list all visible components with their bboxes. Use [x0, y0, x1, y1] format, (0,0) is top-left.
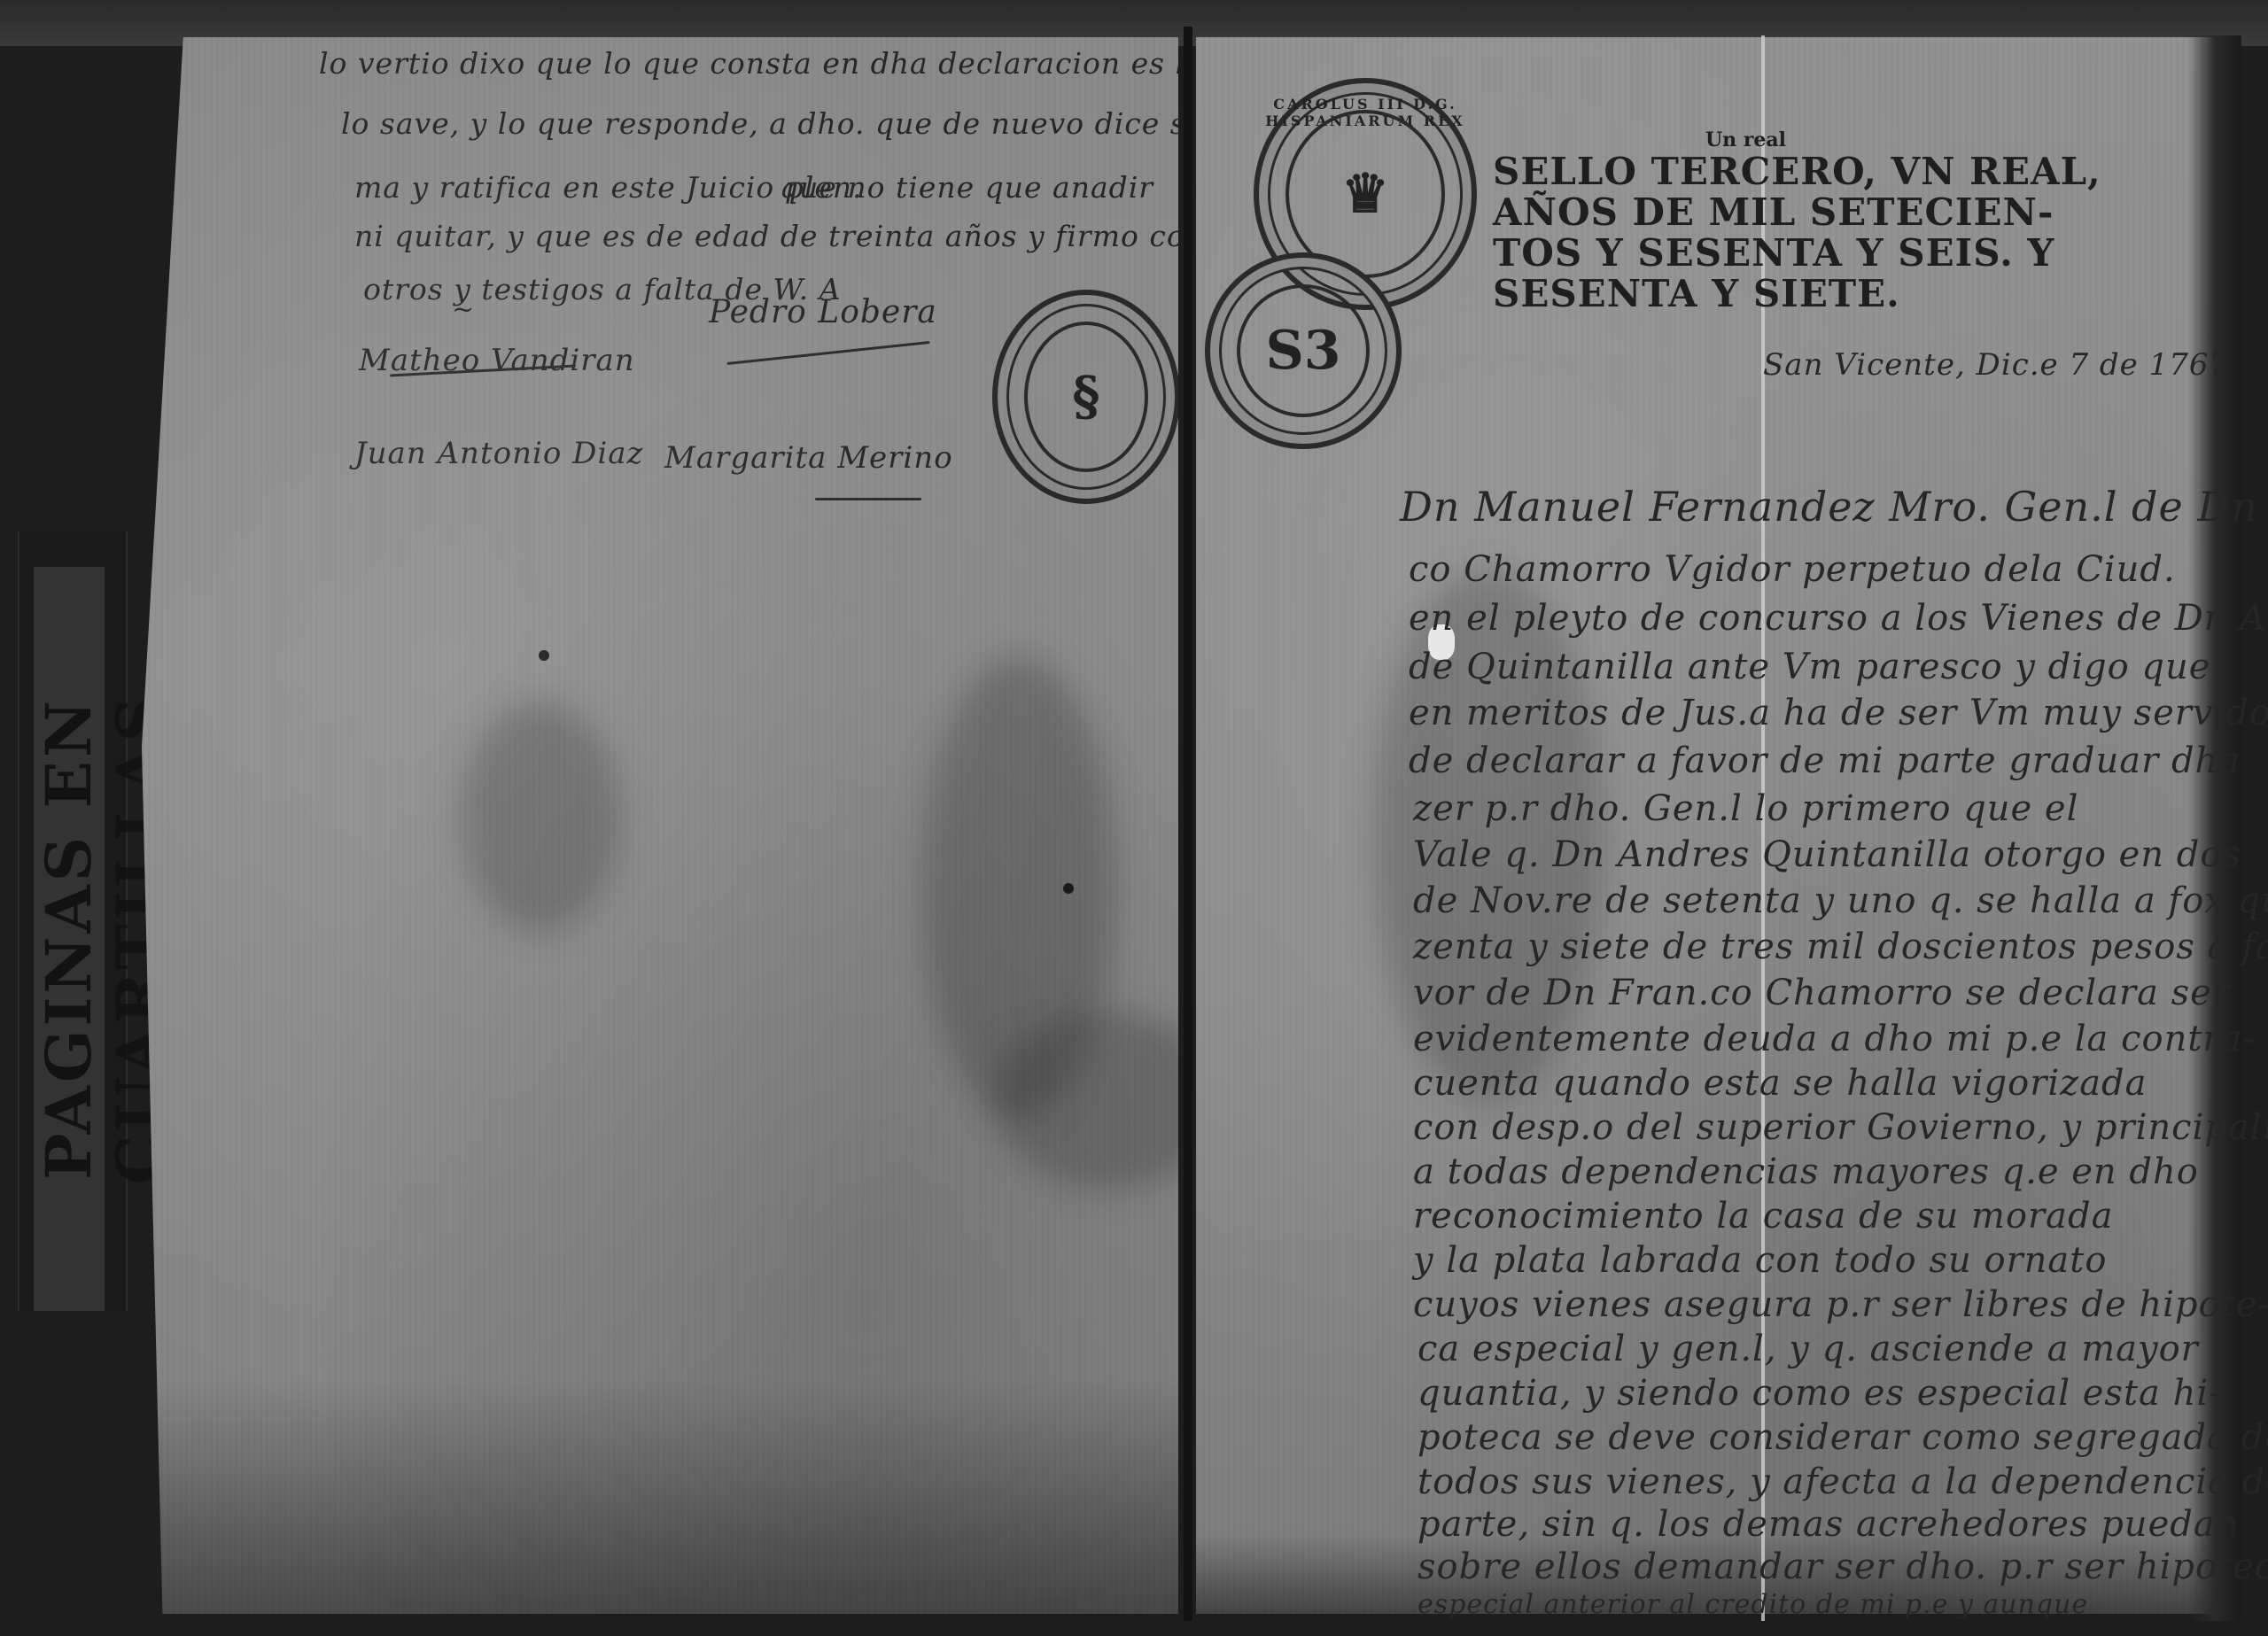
- text-line: especial anterior al credito de mi p.e y…: [1417, 1589, 2088, 1620]
- seal-emblem: §: [1024, 322, 1148, 472]
- text-line: todos sus vienes, y afecta a la dependen…: [1417, 1462, 2268, 1502]
- stamp-line: SELLO TERCERO, VN REAL,: [1493, 151, 2101, 192]
- text-line: zer p.r dho. Gen.l lo primero que el: [1413, 788, 2078, 829]
- signature: Pedro Lobera: [709, 294, 937, 330]
- text-line: en meritos de Jus.a ha de ser Vm muy ser…: [1409, 693, 2268, 733]
- scanned-document-spread: PAGINAS EN CUARTILLAS lo vertio dixo que…: [0, 0, 2268, 1636]
- ink-spot: [1063, 883, 1074, 894]
- text-line: parte, sin q. los demas acrehedores pued…: [1417, 1504, 2239, 1545]
- text-line: ni quitar, y que es de edad de treinta a…: [354, 219, 1178, 253]
- stamp-line: SESENTA Y SIETE.: [1493, 274, 2101, 314]
- text-line: ca especial y gen.l, y q. asciende a may…: [1417, 1329, 2199, 1369]
- text-line: cuenta quando esta se halla vigorizada: [1413, 1063, 2148, 1104]
- seal-emblem: S3: [1237, 284, 1370, 417]
- text-line: quantia, y siendo como es especial esta …: [1417, 1373, 2222, 1414]
- text-line: Vale q. Dn Andres Quintanilla otorgo en …: [1413, 834, 2241, 875]
- water-stain: [461, 702, 620, 932]
- text-line: de Nov.re de setenta y uno q. se halla a…: [1413, 880, 2268, 921]
- text-line: reconocimiento la casa de su morada: [1413, 1196, 2113, 1237]
- signature-underline: [726, 341, 929, 365]
- text-line: de Quintanilla ante Vm paresco y digo qu…: [1409, 647, 2210, 687]
- ink-spot: [539, 650, 549, 661]
- text-line: y la plata labrada con todo su ornato: [1413, 1240, 2107, 1281]
- spine-label: PAGINAS EN CUARTILLAS: [34, 567, 105, 1311]
- text-line: Dn Manuel Fernandez Mro. Gen.l de Dn Fra…: [1400, 483, 2268, 531]
- stamped-paper-header: Un real SELLO TERCERO, VN REAL, AÑOS DE …: [1493, 128, 2101, 314]
- stamp-value: Un real: [1705, 128, 2101, 151]
- text-line: que no tiene que anadir: [780, 170, 1153, 205]
- paraph: ~: [452, 294, 475, 325]
- signature: Juan Antonio Diaz: [354, 436, 643, 471]
- text-line: en el pleyto de concurso a los Vienes de…: [1409, 598, 2268, 639]
- text-line: lo vertio dixo que lo que consta en dha …: [319, 46, 1178, 81]
- signature-underline: [815, 498, 921, 500]
- text-line: sobre ellos demandar ser dho. p.r ser hi…: [1417, 1547, 2268, 1587]
- text-line: zenta y siete de tres mil doscientos pes…: [1413, 927, 2268, 967]
- page-gutter: [1184, 27, 1192, 1621]
- embossed-seal: §: [992, 290, 1178, 504]
- text-line: vor de Dn Fran.co Chamorro se declara se…: [1413, 973, 2230, 1013]
- stamp-line: TOS Y SESENTA Y SEIS. Y: [1493, 233, 2101, 274]
- place-date: San Vicente, Dic.e 7 de 1767: [1763, 347, 2229, 383]
- text-line: cuyos vienes asegura p.r ser libres de h…: [1413, 1284, 2268, 1325]
- text-line: de declarar a favor de mi parte graduar …: [1409, 740, 2241, 781]
- text-line: evidentemente deuda a dho mi p.e la cont…: [1413, 1019, 2256, 1059]
- text-line: poteca se deve considerar como segregada…: [1417, 1417, 2268, 1458]
- text-line: co Chamorro Vgidor perpetuo dela Ciud.: [1409, 549, 2176, 590]
- stamp-seal-sello: S3: [1205, 252, 1402, 449]
- text-line: a todas dependencias mayores q.e en dho: [1413, 1151, 2199, 1192]
- signature: Margarita Merino: [664, 440, 953, 476]
- stamp-line: AÑOS DE MIL SETECIEN-: [1493, 192, 2101, 233]
- left-page: lo vertio dixo que lo que consta en dha …: [142, 37, 1178, 1614]
- text-line: lo save, y lo que responde, a dho. que d…: [341, 106, 1178, 141]
- text-line: con desp.o del superior Govierno, y prin…: [1413, 1107, 2268, 1148]
